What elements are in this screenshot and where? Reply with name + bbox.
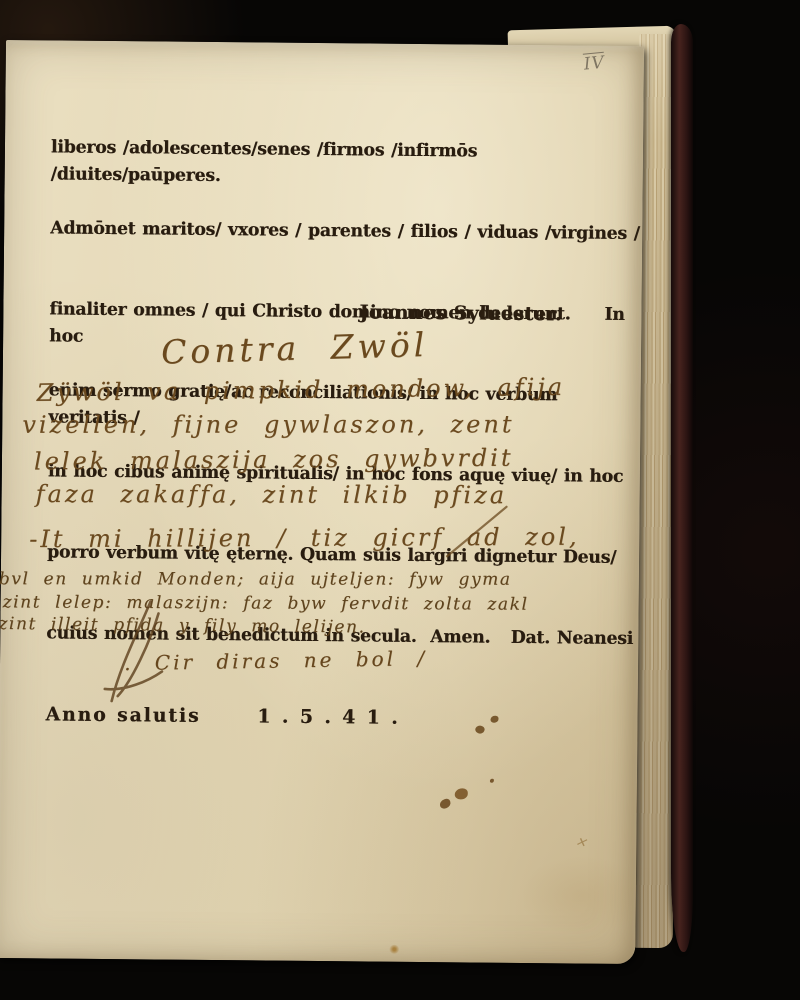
handwritten-line: -It mi hillijen / tiz gicrf ad zol, xyxy=(29,523,579,553)
printed-line: Admōnet maritos/ vxores / parentes / fil… xyxy=(50,215,641,248)
photo-background: IV liberos /adolescentes/senes /firmos /… xyxy=(0,0,800,1000)
paper-stain xyxy=(389,945,399,954)
book-binding-edge xyxy=(671,24,693,952)
handwritten-line: faza zakaffa, zint ilkib pfiza xyxy=(36,480,507,509)
ink-spot xyxy=(439,798,452,810)
handwritten-line: vizellen, fijne gywlaszon, zent xyxy=(22,410,514,438)
small-x-mark: ✕ xyxy=(574,835,588,852)
printed-date-line: Anno salutis 1 . 5 . 4 1 . xyxy=(45,701,636,734)
handwritten-final-line: . Cir diras ne bol / xyxy=(124,646,427,675)
printer-signature: Joannes Syluester. xyxy=(359,301,562,325)
handwritten-line: Zÿwöl va pimpkid mondow, afija xyxy=(37,373,566,407)
printed-line: liberos /adolescentes/senes /firmos /inf… xyxy=(51,134,642,167)
handwritten-line: zint illeit pfida y fily mo lelijen. xyxy=(0,614,366,638)
handwritten-line: zint lelep: malaszijn: faz byw fervdit z… xyxy=(3,592,529,614)
ink-spot xyxy=(455,788,468,799)
handwritten-line: lelek malaszija zos gywbvrdit xyxy=(34,444,514,476)
paper-stain-faint xyxy=(517,855,648,936)
handwritten-title: Contra Zwöl xyxy=(161,325,429,372)
handwritten-line: bvl en umkid Monden; aija ujteljen: fyw … xyxy=(0,569,512,589)
folio-number-pencil: IV xyxy=(583,53,606,75)
book-page: IV liberos /adolescentes/senes /firmos /… xyxy=(0,40,644,964)
